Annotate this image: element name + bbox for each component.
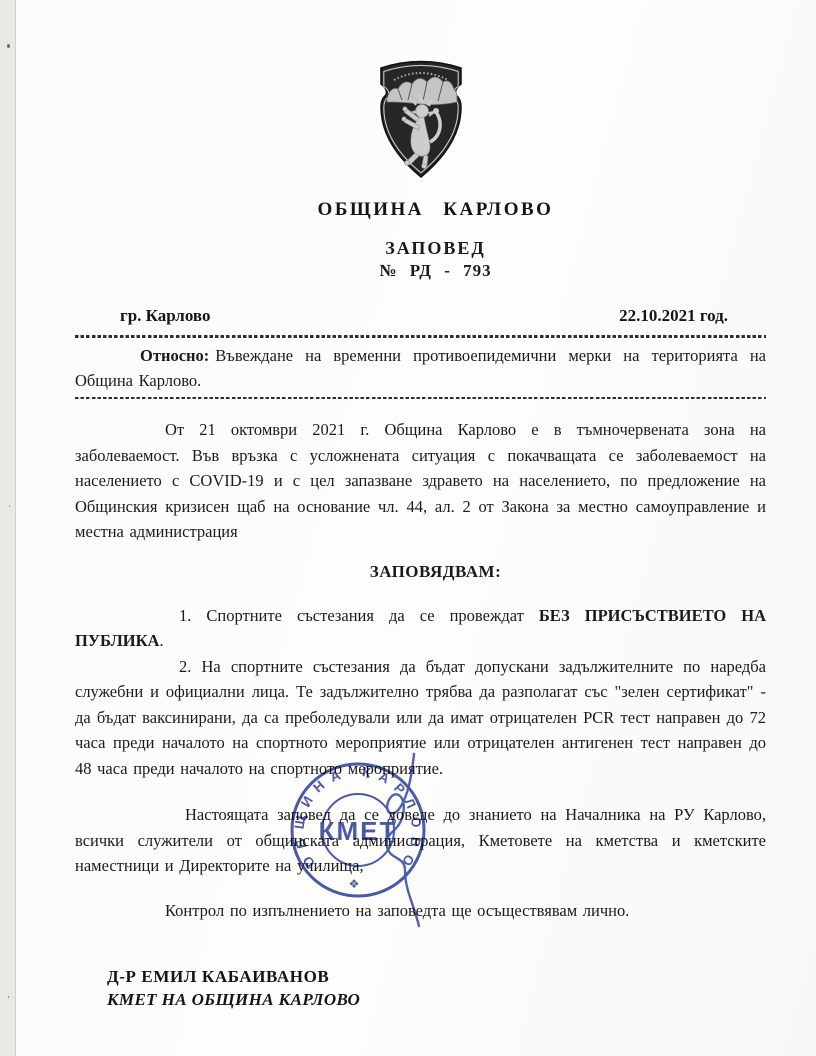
signatory-title: КМЕТ НА ОБЩИНА КАРЛОВО	[107, 988, 766, 1011]
item1-period: .	[159, 631, 163, 650]
notify-paragraph: Настоящата заповед да се доведе до знани…	[75, 802, 766, 879]
item1-text: 1. Спортните състезания да се провеждат	[179, 606, 539, 625]
subject-label: Относно:	[140, 346, 215, 365]
document-body: ОБЩИНА КАРЛОВО ЗАПОВЕД № РД - 793 гр. Ка…	[75, 0, 766, 1011]
document-number: № РД - 793	[90, 261, 781, 281]
control-paragraph: Контрол по изпълнението на заповедта ще …	[75, 898, 766, 924]
dashed-separator-top	[75, 335, 766, 338]
issue-date: 22.10.2021 год.	[619, 306, 728, 326]
subject-line: Относно:Въвеждане на временни противоепи…	[75, 343, 766, 394]
scan-speck	[7, 44, 10, 48]
signatory-name: Д-Р ЕМИЛ КАБАИВАНОВ	[107, 965, 766, 988]
order-item-2: 2. На спортните състезания да бъдат допу…	[75, 654, 766, 782]
issue-city: гр. Карлово	[120, 306, 211, 326]
order-heading: ЗАПОВЯДВАМ:	[90, 562, 781, 582]
meta-row: гр. Карлово 22.10.2021 год.	[75, 306, 766, 326]
document-type-title: ЗАПОВЕД	[90, 238, 781, 259]
coat-of-arms	[75, 56, 766, 185]
order-item-1: 1. Спортните състезания да се провеждат …	[75, 603, 766, 654]
dashed-separator-bottom	[75, 397, 766, 400]
signature-block: Д-Р ЕМИЛ КАБАИВАНОВ КМЕТ НА ОБЩИНА КАРЛО…	[107, 965, 766, 1011]
municipality-name: ОБЩИНА КАРЛОВО	[90, 199, 781, 221]
karlovo-coat-of-arms-icon	[375, 56, 467, 180]
scan-edge-shadow	[0, 0, 16, 1056]
scanned-document-page: ОБЩИНА КАРЛОВО ЗАПОВЕД № РД - 793 гр. Ка…	[0, 0, 816, 1056]
intro-paragraph: От 21 октомври 2021 г. Община Карлово е …	[75, 417, 766, 545]
